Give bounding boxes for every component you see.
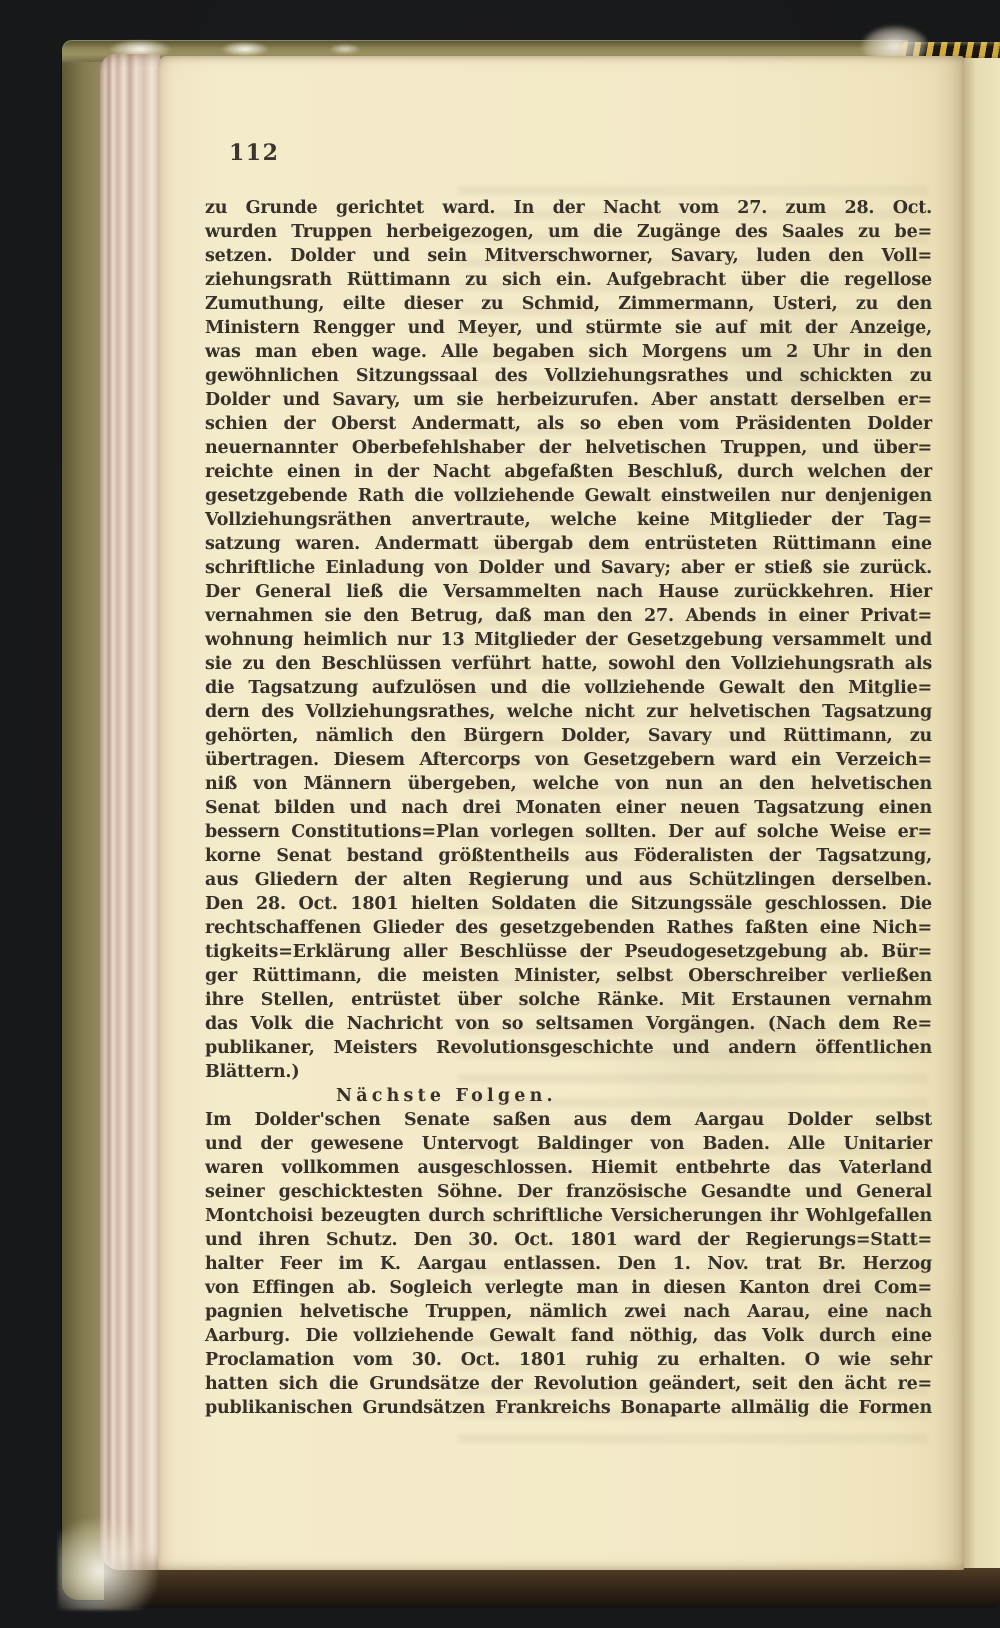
- text-line: Proclamation vom 30. Oct. 1801 ruhig zu …: [205, 1348, 932, 1372]
- text-line: zu Grunde gerichtet ward. In der Nacht v…: [205, 196, 932, 220]
- text-line: gewöhnlichen Sitzungssaal des Vollziehun…: [205, 364, 932, 388]
- text-line: publikanischen Grundsätzen Frankreichs B…: [205, 1396, 932, 1420]
- text-line: halter Feer im K. Aargau entlassen. Den …: [205, 1252, 932, 1276]
- text-line: schriftliche Einladung von Dolder und Sa…: [205, 556, 932, 580]
- text-line: bessern Constitutions=Plan vorlegen soll…: [205, 820, 932, 844]
- text-line: Der General ließ die Versammelten nach H…: [205, 580, 932, 604]
- page-number: 112: [229, 140, 279, 166]
- text-line: satzung waren. Andermatt übergab dem ent…: [205, 532, 932, 556]
- text-line: die Tagsatzung aufzulösen und die vollzi…: [205, 676, 932, 700]
- book-page: 112 zu Grunde gerichtet ward. In der Nac…: [158, 56, 964, 1570]
- text-line: seiner geschicktesten Söhne. Der französ…: [205, 1180, 932, 1204]
- tape-shine: [222, 42, 268, 56]
- text-line: wohnung heimlich nur 13 Mitglieder der G…: [205, 628, 932, 652]
- text-line: korne Senat bestand größtentheils aus Fö…: [205, 844, 932, 868]
- text-line: tigkeits=Erklärung aller Beschlüsse der …: [205, 940, 932, 964]
- facing-page-sliver: [962, 58, 1000, 1568]
- text-line: hatten sich die Grundsätze der Revolutio…: [205, 1372, 932, 1396]
- body-paragraph-1: zu Grunde gerichtet ward. In der Nacht v…: [205, 196, 932, 1084]
- text-line: Vollziehungsräthen anvertraute, welche k…: [205, 508, 932, 532]
- text-line: dern des Vollziehungsrathes, welche nich…: [205, 700, 932, 724]
- text-line: wurden Truppen herbeigezogen, um die Zug…: [205, 220, 932, 244]
- text-line: ziehungsrath Rüttimann zu sich ein. Aufg…: [205, 268, 932, 292]
- text-line: ger Rüttimann, die meisten Minister, sel…: [205, 964, 932, 988]
- text-line: Im Dolder'schen Senate saßen aus dem Aar…: [205, 1108, 932, 1132]
- text-line: pagnien helvetische Truppen, nämlich zwe…: [205, 1300, 932, 1324]
- text-line: Ministern Rengger und Meyer, und stürmte…: [205, 316, 932, 340]
- text-line: aus Gliedern der alten Regierung und aus…: [205, 868, 932, 892]
- text-line: Blättern.): [205, 1060, 932, 1084]
- text-line: Zumuthung, eilte dieser zu Schmid, Zimme…: [205, 292, 932, 316]
- text-line: sie zu den Beschlüssen verführt hatte, s…: [205, 652, 932, 676]
- text-line: publikaner, Meisters Revolutionsgeschich…: [205, 1036, 932, 1060]
- body-text: zu Grunde gerichtet ward. In der Nacht v…: [205, 196, 932, 1420]
- body-paragraph-2: Im Dolder'schen Senate saßen aus dem Aar…: [205, 1108, 932, 1420]
- text-line: das Volk die Nachricht von so seltsamen …: [205, 1012, 932, 1036]
- text-line: was man eben wage. Alle begaben sich Mor…: [205, 340, 932, 364]
- text-line: niß von Männern übergeben, welche von nu…: [205, 772, 932, 796]
- section-heading: Nächste Folgen.: [205, 1084, 932, 1108]
- text-line: ihre Stellen, entrüstet über solche Ränk…: [205, 988, 932, 1012]
- text-line: rechtschaffenen Glieder des gesetzgebend…: [205, 916, 932, 940]
- text-line: übertragen. Diesem Aftercorps von Gesetz…: [205, 748, 932, 772]
- text-line: vernahmen sie den Betrug, daß man den 27…: [205, 604, 932, 628]
- text-line: Den 28. Oct. 1801 hielten Soldaten die S…: [205, 892, 932, 916]
- text-line: Montchoisi bezeugten durch schriftliche …: [205, 1204, 932, 1228]
- text-line: Dolder und Savary, um sie herbeizurufen.…: [205, 388, 932, 412]
- scanned-book-photo: { "page": { "number": "112", "paper_colo…: [0, 0, 1000, 1628]
- text-line: gehörten, nämlich den Bürgern Dolder, Sa…: [205, 724, 932, 748]
- text-line: und der gewesene Untervogt Baldinger von…: [205, 1132, 932, 1156]
- text-line: Aarburg. Die vollziehende Gewalt fand nö…: [205, 1324, 932, 1348]
- tape-shine: [330, 44, 360, 54]
- text-line: neuernannter Oberbefehlshaber der helvet…: [205, 436, 932, 460]
- page-fore-edges: [100, 54, 160, 1570]
- text-line: waren vollkommen ausgeschlossen. Hiemit …: [205, 1156, 932, 1180]
- text-line: gesetzgebende Rath die vollziehende Gewa…: [205, 484, 932, 508]
- cover-corner-tape: [58, 1518, 158, 1610]
- text-line: und ihren Schutz. Den 30. Oct. 1801 ward…: [205, 1228, 932, 1252]
- text-line: reichte einen in der Nacht abgefaßten Be…: [205, 460, 932, 484]
- text-line: setzen. Dolder und sein Mitverschworner,…: [205, 244, 932, 268]
- text-line: Senat bilden und nach drei Monaten einer…: [205, 796, 932, 820]
- text-line: von Effingen ab. Sogleich verlegte man i…: [205, 1276, 932, 1300]
- text-line: schien der Oberst Andermatt, als so eben…: [205, 412, 932, 436]
